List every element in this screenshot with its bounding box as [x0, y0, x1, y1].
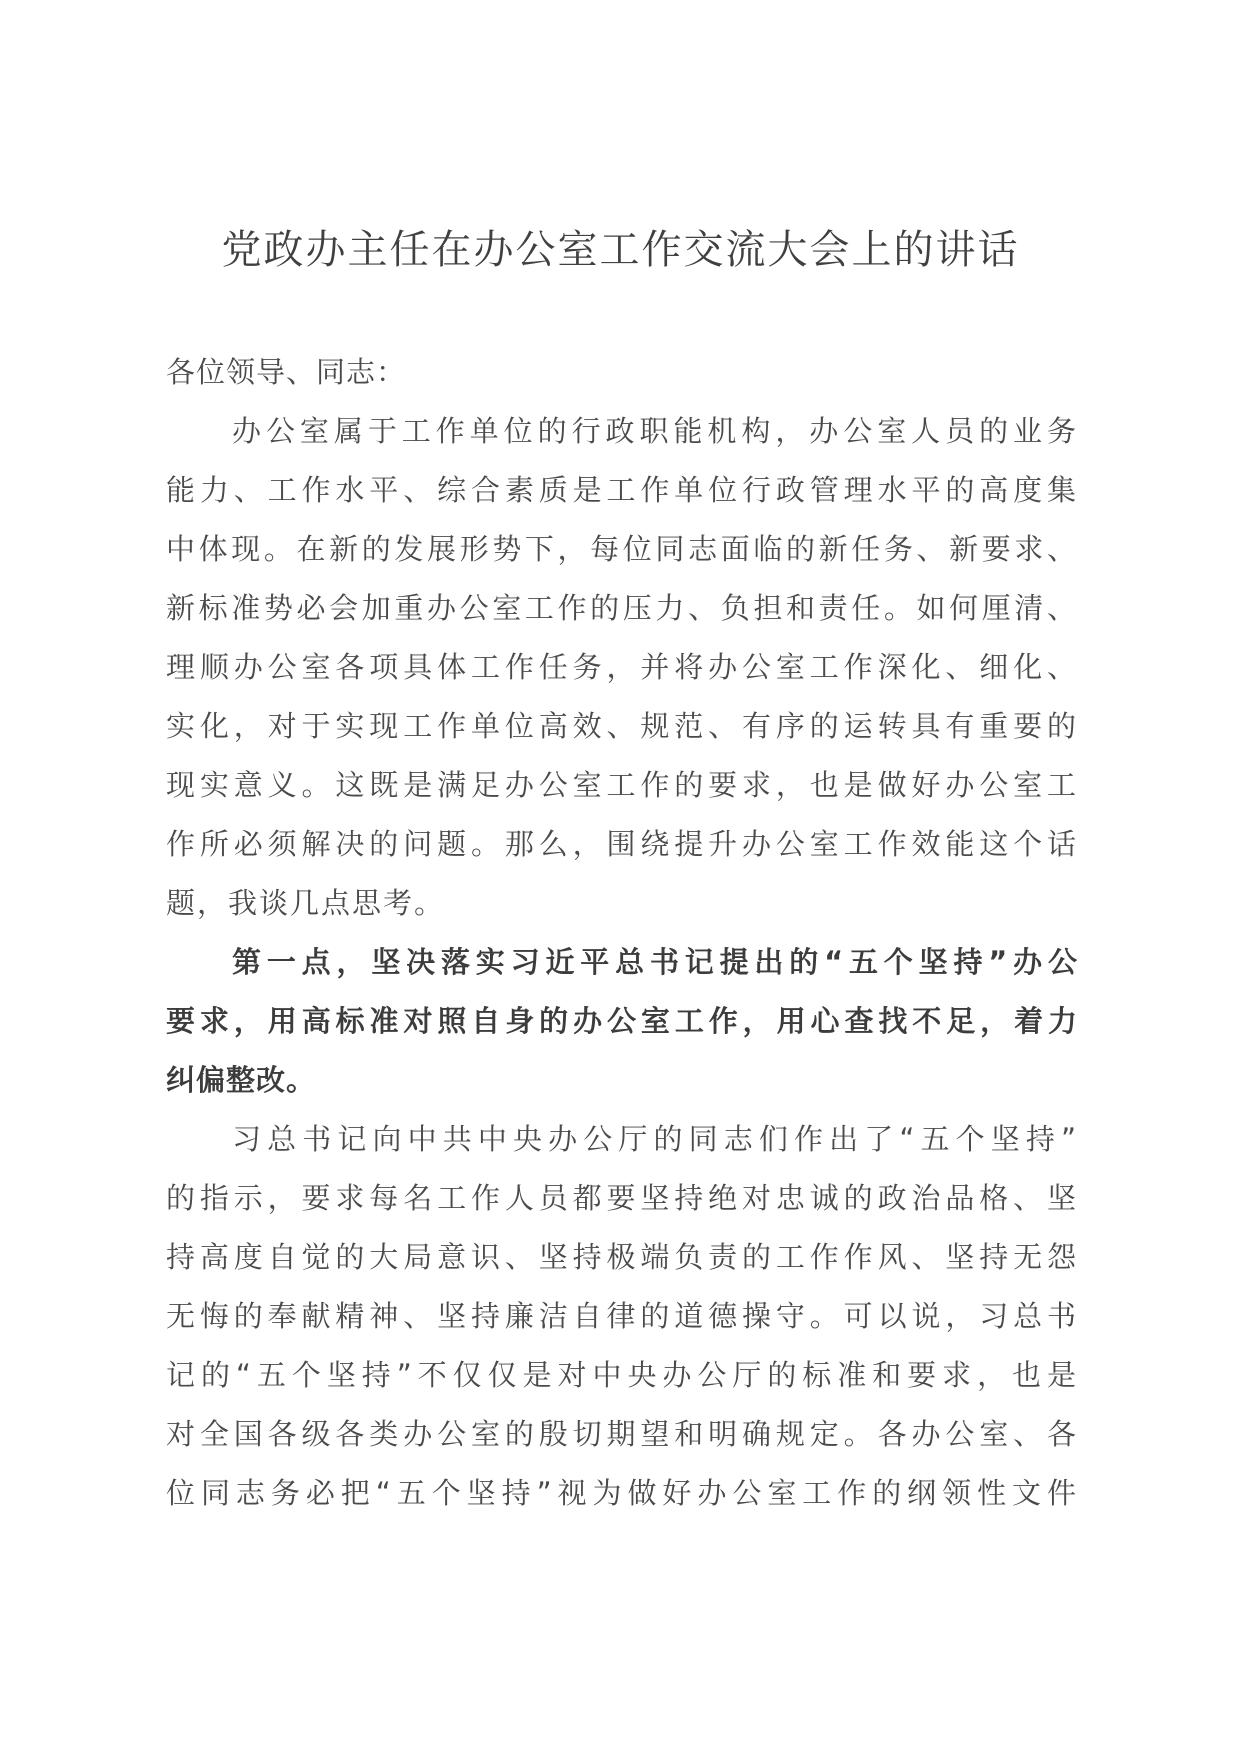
heading-line: 纠偏整改。: [166, 1051, 1078, 1110]
paragraph-intro: 办公室属于工作单位的行政职能机构，办公室人员的业务 能力、工作水平、综合素质是工…: [166, 402, 1078, 933]
heading-line: 要求，用高标准对照自身的办公室工作，用心查找不足，着力: [166, 992, 1078, 1051]
text-line: 持高度自觉的大局意识、坚持极端负责的工作作风、坚持无怨: [166, 1228, 1078, 1287]
heading-line: 第一点，坚决落实习近平总书记提出的“五个坚持”办公: [166, 933, 1078, 992]
document-body: 各位领导、同志： 办公室属于工作单位的行政职能机构，办公室人员的业务 能力、工作…: [166, 343, 1078, 1523]
salutation: 各位领导、同志：: [166, 343, 1078, 402]
text-line: 无悔的奉献精神、坚持廉洁自律的道德操守。可以说，习总书: [166, 1287, 1078, 1346]
text-line: 现实意义。这既是满足办公室工作的要求，也是做好办公室工: [166, 756, 1078, 815]
text-line: 习总书记向中共中央办公厅的同志们作出了“五个坚持”: [166, 1110, 1078, 1169]
text-line: 中体现。在新的发展形势下，每位同志面临的新任务、新要求、: [166, 520, 1078, 579]
document-page: 党政办主任在办公室工作交流大会上的讲话 各位领导、同志： 办公室属于工作单位的行…: [0, 0, 1241, 1755]
text-line: 办公室属于工作单位的行政职能机构，办公室人员的业务: [166, 402, 1078, 461]
text-line: 能力、工作水平、综合素质是工作单位行政管理水平的高度集: [166, 461, 1078, 520]
text-line: 实化，对于实现工作单位高效、规范、有序的运转具有重要的: [166, 697, 1078, 756]
text-line: 理顺办公室各项具体工作任务，并将办公室工作深化、细化、: [166, 638, 1078, 697]
text-line: 记的“五个坚持”不仅仅是对中央办公厅的标准和要求，也是: [166, 1346, 1078, 1405]
section-heading-point-one: 第一点，坚决落实习近平总书记提出的“五个坚持”办公 要求，用高标准对照自身的办公…: [166, 933, 1078, 1110]
text-line: 新标准势必会加重办公室工作的压力、负担和责任。如何厘清、: [166, 579, 1078, 638]
text-line: 题，我谈几点思考。: [166, 874, 1078, 933]
text-line: 的指示，要求每名工作人员都要坚持绝对忠诚的政治品格、坚: [166, 1169, 1078, 1228]
text-line: 对全国各级各类办公室的殷切期望和明确规定。各办公室、各: [166, 1405, 1078, 1464]
document-title: 党政办主任在办公室工作交流大会上的讲话: [0, 222, 1241, 278]
paragraph-five-persistences: 习总书记向中共中央办公厅的同志们作出了“五个坚持” 的指示，要求每名工作人员都要…: [166, 1110, 1078, 1523]
text-line: 位同志务必把“五个坚持”视为做好办公室工作的纲领性文件: [166, 1464, 1078, 1523]
text-line: 作所必须解决的问题。那么，围绕提升办公室工作效能这个话: [166, 815, 1078, 874]
